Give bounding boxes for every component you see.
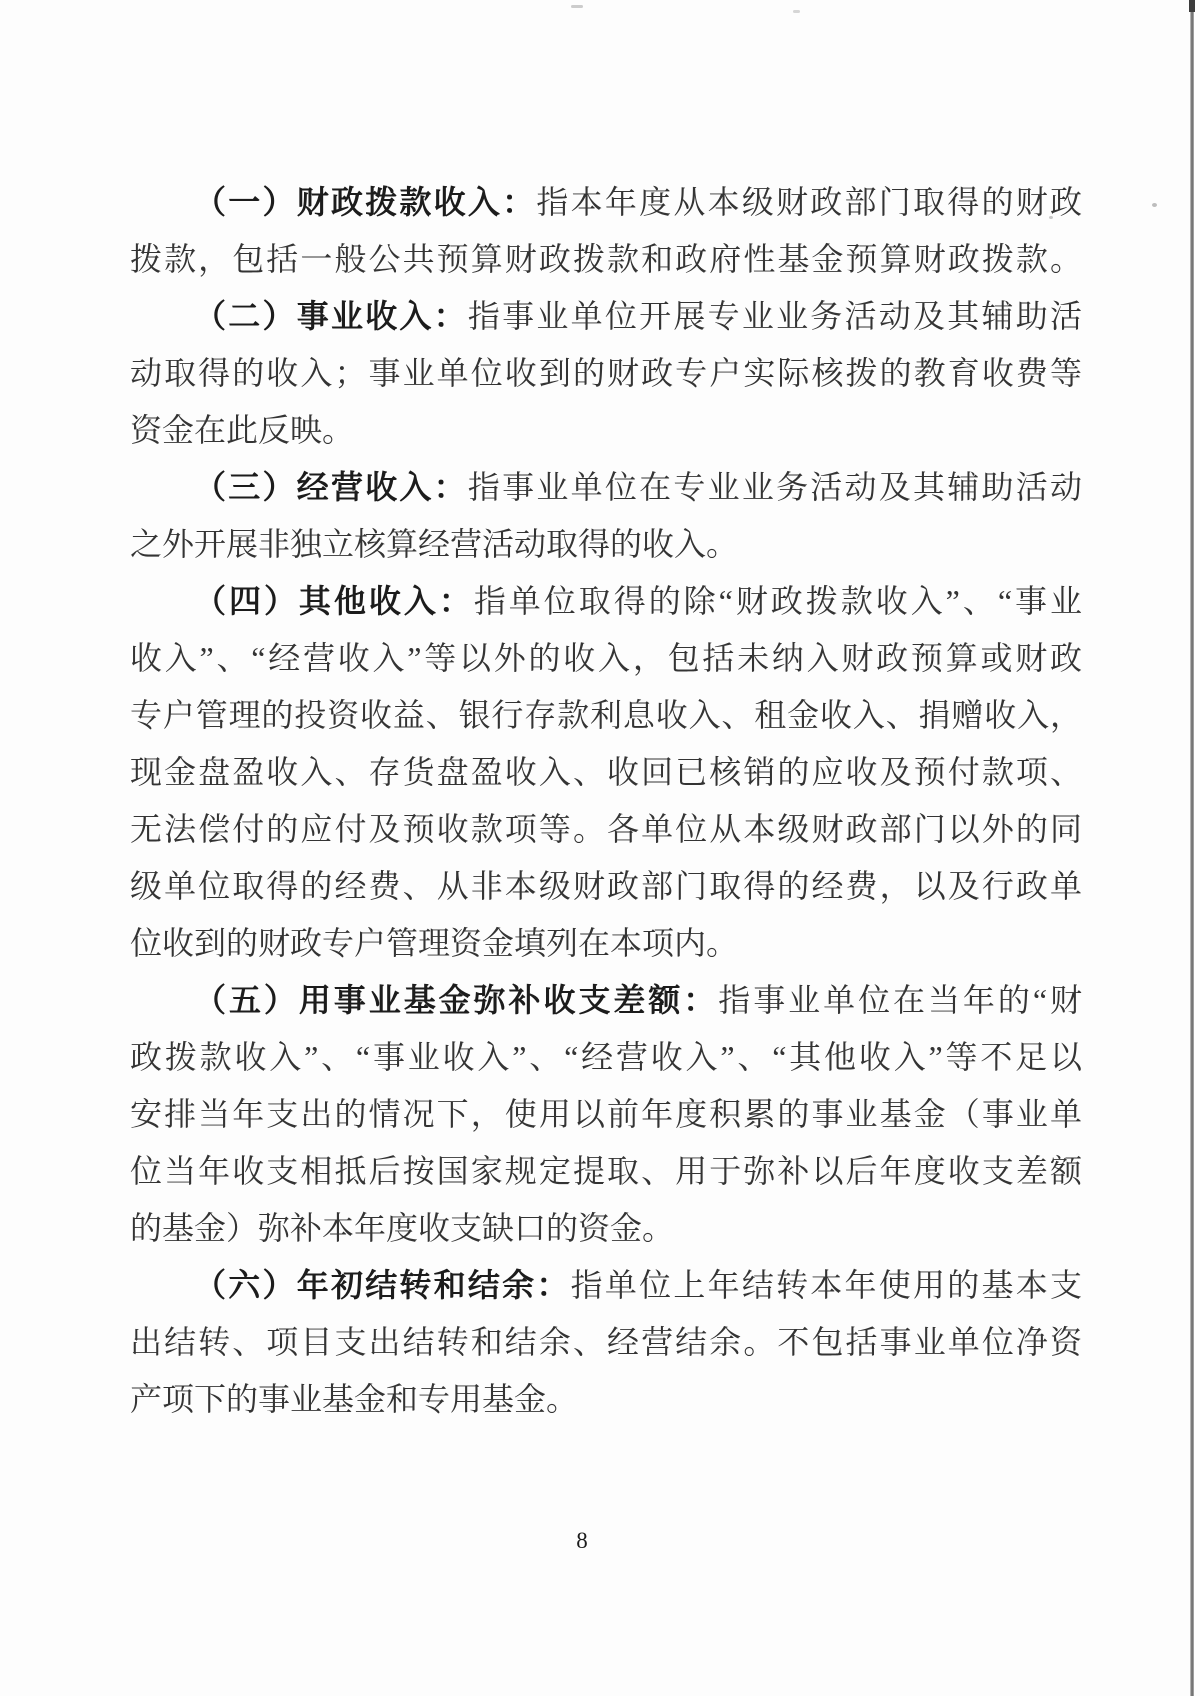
text-line: 出结转、项目支出结转和结余、经营结余。不包括事业单位净资 (130, 1314, 1082, 1371)
paragraph-text: 指事业单位开展专业业务活动及其辅助活 (468, 298, 1082, 334)
paragraph-text: 指单位上年结转本年使用的基本支 (571, 1267, 1082, 1303)
document-body: （一）财政拨款收入：指本年度从本级财政部门取得的财政 拨款，包括一般公共预算财政… (130, 174, 1082, 1428)
text-line: 级单位取得的经费、从非本级财政部门取得的经费，以及行政单 (130, 858, 1082, 915)
text-line: （二）事业收入：指事业单位开展专业业务活动及其辅助活 (130, 288, 1082, 345)
text-line: 资金在此反映。 (130, 402, 1082, 459)
text-line: 安排当年支出的情况下，使用以前年度积累的事业基金（事业单 (130, 1086, 1082, 1143)
scan-artifact-line-cap (1189, 0, 1195, 12)
paragraph-heading: （六）年初结转和结余： (194, 1267, 571, 1303)
text-line: （六）年初结转和结余：指单位上年结转本年使用的基本支 (130, 1257, 1082, 1314)
text-line: 专户管理的投资收益、银行存款利息收入、租金收入、捐赠收入， (130, 687, 1082, 744)
paragraph-heading: （四）其他收入： (194, 583, 474, 619)
paragraph-4: （四）其他收入：指单位取得的除“财政拨款收入”、“事业 收入”、“经营收入”等以… (130, 573, 1082, 972)
text-line: 产项下的事业基金和专用基金。 (130, 1371, 1082, 1428)
scan-speck (1049, 216, 1053, 219)
text-line: 收入”、“经营收入”等以外的收入，包括未纳入财政预算或财政 (130, 630, 1082, 687)
scan-speck (793, 10, 800, 13)
document-page: （一）财政拨款收入：指本年度从本级财政部门取得的财政 拨款，包括一般公共预算财政… (0, 0, 1200, 1696)
scan-artifact-line (1190, 6, 1194, 1696)
paragraph-1: （一）财政拨款收入：指本年度从本级财政部门取得的财政 拨款，包括一般公共预算财政… (130, 174, 1082, 288)
paragraph-text: 指事业单位在专业业务活动及其辅助活动 (468, 469, 1082, 505)
scan-speck (1152, 203, 1157, 207)
paragraph-heading: （五）用事业基金弥补收支差额： (194, 982, 718, 1018)
text-line: 之外开展非独立核算经营活动取得的收入。 (130, 516, 1082, 573)
text-line: 动取得的收入；事业单位收到的财政专户实际核拨的教育收费等 (130, 345, 1082, 402)
paragraph-2: （二）事业收入：指事业单位开展专业业务活动及其辅助活 动取得的收入；事业单位收到… (130, 288, 1082, 459)
text-line: 位收到的财政专户管理资金填列在本项内。 (130, 915, 1082, 972)
text-line: （四）其他收入：指单位取得的除“财政拨款收入”、“事业 (130, 573, 1082, 630)
paragraph-text: 指单位取得的除“财政拨款收入”、“事业 (474, 583, 1082, 619)
text-line: （五）用事业基金弥补收支差额：指事业单位在当年的“财 (130, 972, 1082, 1029)
text-line: 现金盘盈收入、存货盘盈收入、收回已核销的应收及预付款项、 (130, 744, 1082, 801)
text-line: 位当年收支相抵后按国家规定提取、用于弥补以后年度收支差额 (130, 1143, 1082, 1200)
text-line: （三）经营收入：指事业单位在专业业务活动及其辅助活动 (130, 459, 1082, 516)
text-line: 无法偿付的应付及预收款项等。各单位从本级财政部门以外的同 (130, 801, 1082, 858)
paragraph-text: 指本年度从本级财政部门取得的财政 (536, 184, 1082, 220)
text-line: （一）财政拨款收入：指本年度从本级财政部门取得的财政 (130, 174, 1082, 231)
text-line: 政拨款收入”、“事业收入”、“经营收入”、“其他收入”等不足以 (130, 1029, 1082, 1086)
text-line: 拨款，包括一般公共预算财政拨款和政府性基金预算财政拨款。 (130, 231, 1082, 288)
paragraph-6: （六）年初结转和结余：指单位上年结转本年使用的基本支 出结转、项目支出结转和结余… (130, 1257, 1082, 1428)
paragraph-5: （五）用事业基金弥补收支差额：指事业单位在当年的“财 政拨款收入”、“事业收入”… (130, 972, 1082, 1257)
paragraph-3: （三）经营收入：指事业单位在专业业务活动及其辅助活动 之外开展非独立核算经营活动… (130, 459, 1082, 573)
paragraph-heading: （三）经营收入： (194, 469, 468, 505)
paragraph-heading: （一）财政拨款收入： (194, 184, 536, 220)
paragraph-heading: （二）事业收入： (194, 298, 468, 334)
paragraph-text: 指事业单位在当年的“财 (718, 982, 1082, 1018)
scan-speck (571, 5, 583, 8)
text-line: 的基金）弥补本年度收支缺口的资金。 (130, 1200, 1082, 1257)
page-number: 8 (0, 1528, 1164, 1554)
